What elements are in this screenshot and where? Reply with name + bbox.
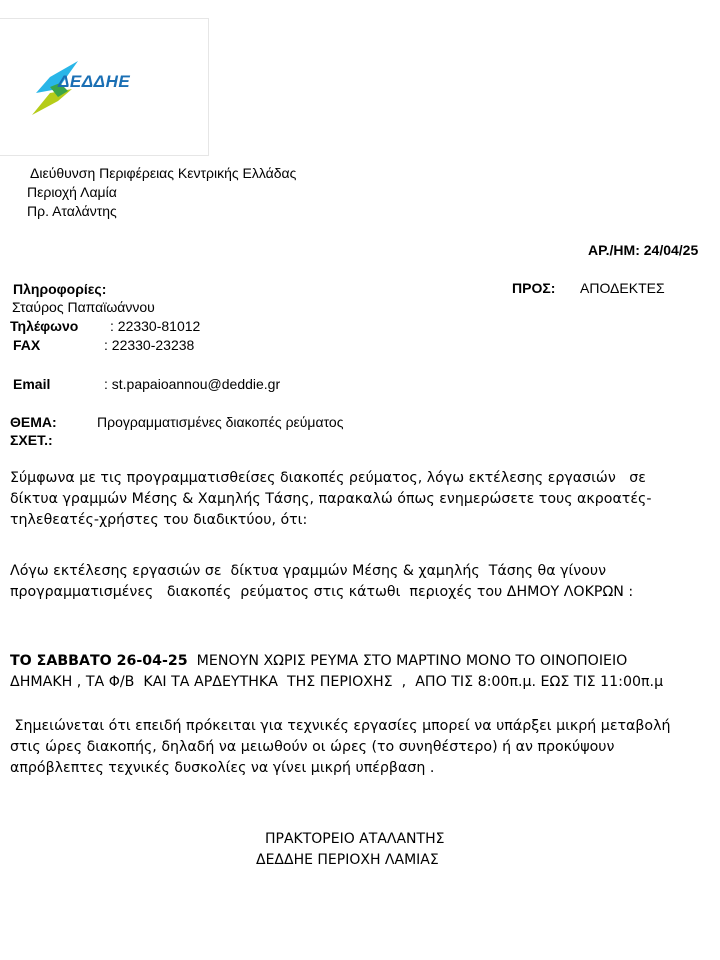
header-office: Πρ. Αταλάντης	[27, 202, 117, 221]
paragraph-1-line-1: Σύμφωνα με τις προγραμματισθείσες διακοπ…	[10, 468, 646, 489]
fax-label: FAX	[13, 337, 40, 353]
signature-office: ΠΡΑΚΤΟΡΕΙΟ ΑΤΑΛΑΝΤΗΣ	[265, 831, 444, 847]
paragraph-2-line-1: Λόγω εκτέλεσης εργασιών σε δίκτυα γραμμώ…	[10, 561, 606, 582]
contact-name: Σταύρος Παπαϊωάννου	[12, 299, 155, 315]
outage-line-2: ΔΗΜΑΚΗ , ΤΑ Φ/Β ΚΑΙ ΤΑ ΑΡΔΕΥΤΗΚΑ ΤΗΣ ΠΕΡ…	[10, 672, 663, 693]
outage-line-1: ΤΟ ΣΑΒΒΑΤΟ 26-04-25 ΜΕΝΟΥΝ ΧΩΡΙΣ ΡΕΥΜΑ Σ…	[10, 651, 627, 672]
signature-area: ΔΕΔΔΗΕ ΠΕΡΙΟΧΗ ΛΑΜΙΑΣ	[256, 852, 439, 868]
logo-text: ΔΕΔΔΗΕ	[58, 72, 130, 92]
fax-value: : 22330-23238	[104, 337, 194, 353]
phone-label: Τηλέφωνο	[10, 318, 78, 334]
paragraph-3-line-2: στις ώρες διακοπής, δηλαδή να μειωθούν ο…	[10, 737, 614, 758]
paragraph-3-line-3: απρόβλεπτες τεχνικές δυσκολίες να γίνει …	[10, 758, 434, 779]
subject-label: ΘΕΜΑ:	[10, 414, 57, 430]
outage-location: ΜΕΝΟΥΝ ΧΩΡΙΣ ΡΕΥΜΑ ΣΤΟ ΜΑΡΤΙΝΟ ΜΟΝΟ ΤΟ Ο…	[188, 653, 628, 669]
reference-number-date: ΑΡ./ΗΜ: 24/04/25	[588, 242, 698, 258]
paragraph-2-line-2: προγραμματισμένες διακοπές ρεύματος στις…	[10, 582, 633, 603]
phone-value: : 22330-81012	[110, 318, 200, 334]
info-label: Πληροφορίες:	[13, 281, 106, 297]
recipient-label: ΠΡΟΣ:	[512, 280, 555, 296]
outage-date: ΤΟ ΣΑΒΒΑΤΟ 26-04-25	[10, 653, 188, 669]
subject-value: Προγραμματισμένες διακοπές ρεύματος	[97, 414, 343, 430]
paragraph-1-line-2: δίκτυα γραμμών Μέσης & Χαμηλής Τάσης, πα…	[10, 489, 651, 510]
paragraph-3-line-1: Σημειώνεται ότι επειδή πρόκειται για τεχ…	[10, 716, 671, 737]
recipient-value: ΑΠΟΔΕΚΤΕΣ	[580, 280, 665, 296]
logo-container: ΔΕΔΔΗΕ	[0, 18, 209, 156]
paragraph-1-line-3: τηλεθεατές-χρήστες του διαδικτύου, ότι:	[10, 510, 307, 531]
header-directorate: Διεύθυνση Περιφέρειας Κεντρικής Ελλάδας	[30, 164, 296, 183]
header-area: Περιοχή Λαμία	[27, 183, 117, 202]
email-label: Email	[13, 376, 50, 392]
email-value[interactable]: : st.papaioannou@deddie.gr	[104, 376, 280, 392]
relation-label: ΣΧΕΤ.:	[10, 432, 53, 448]
